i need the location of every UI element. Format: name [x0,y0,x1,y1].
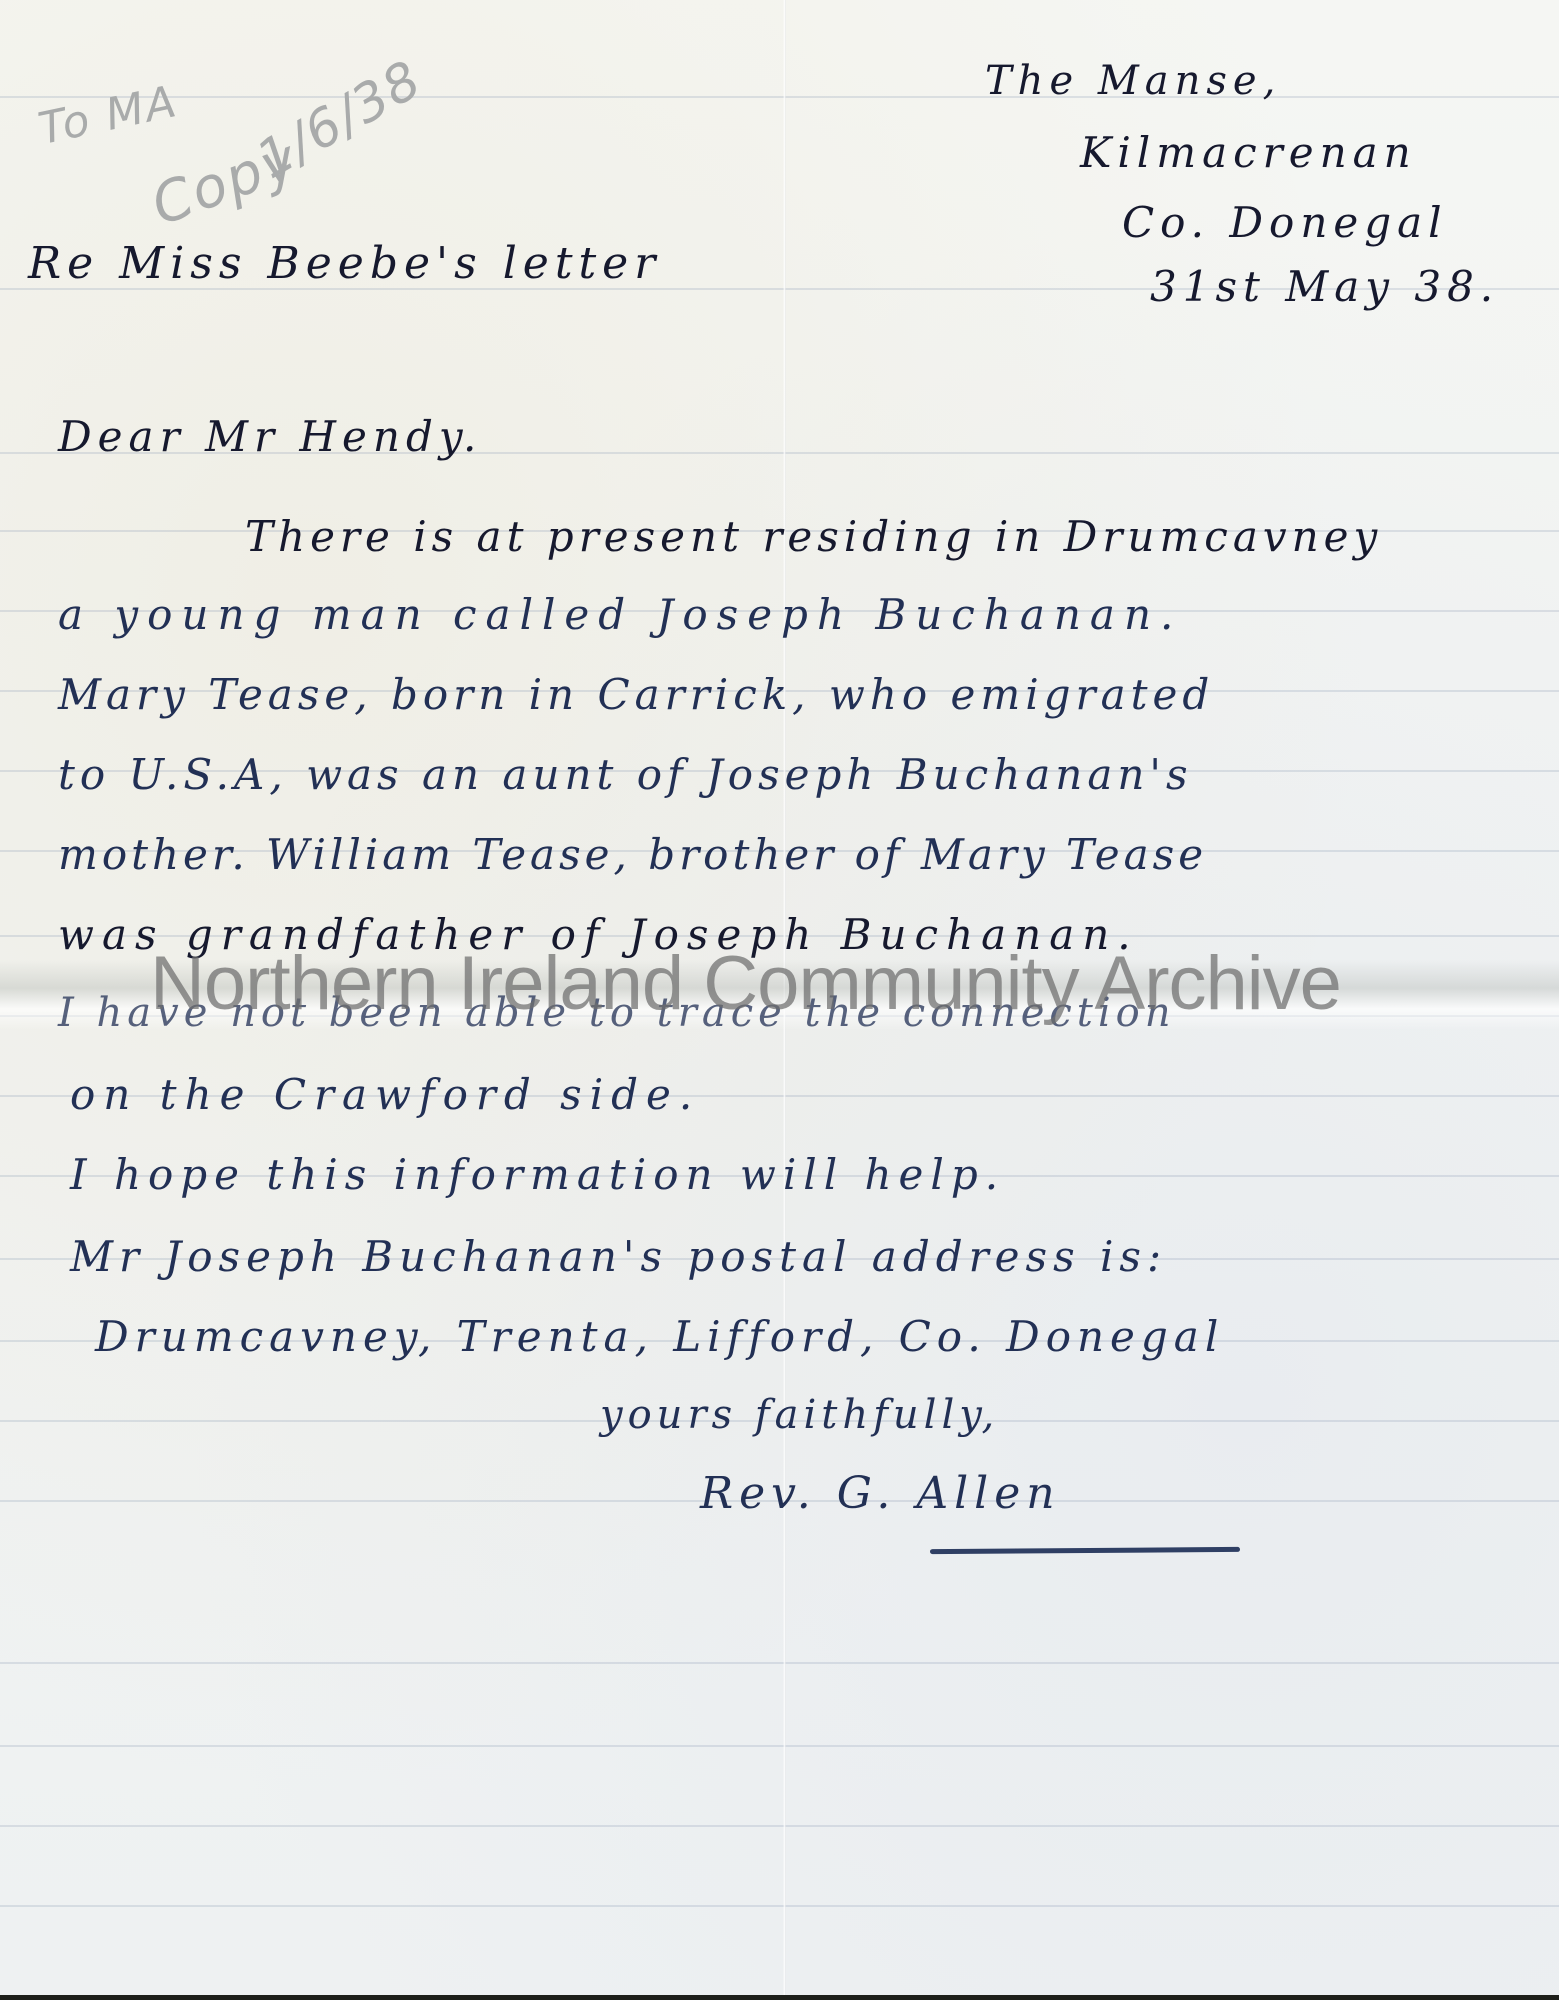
salutation: Dear Mr Hendy. [58,412,482,461]
body-line: a young man called Joseph Buchanan. [58,590,1182,639]
subject-line: Re Miss Beebe's letter [28,238,661,289]
scan-edge [0,1995,1559,2000]
signature-underline [930,1547,1240,1554]
address-line-1: The Manse, [985,58,1281,104]
letter-paper: To MA Copy 1/6/38 The Manse, Kilmacrenan… [0,0,1559,1995]
signature: Rev. G. Allen [700,1468,1061,1519]
body-line: mother. William Tease, brother of Mary T… [58,830,1207,879]
ruled-line [0,1905,1559,1907]
body-line: Mary Tease, born in Carrick, who emigrat… [58,670,1214,719]
ruled-line [0,1745,1559,1747]
address-line-3: Co. Donegal [1122,198,1448,247]
body-line: to U.S.A, was an aunt of Joseph Buchanan… [58,750,1193,799]
pencil-annotation-recipient: To MA [34,76,182,155]
body-line: I hope this information will help. [70,1150,1005,1199]
ruled-line [0,1825,1559,1827]
ruled-line [0,96,1559,98]
archive-watermark: Northern Ireland Community Archive [150,940,1341,1027]
body-line: Drumcavney, Trenta, Lifford, Co. Donegal [95,1312,1224,1361]
letter-date: 31st May 38. [1150,262,1499,311]
ruled-line [0,1662,1559,1664]
address-line-2: Kilmacrenan [1080,128,1417,177]
body-line: There is at present residing in Drumcavn… [245,512,1382,561]
closing: yours faithfully, [600,1392,999,1438]
body-line: Mr Joseph Buchanan's postal address is: [70,1232,1167,1281]
body-line: on the Crawford side. [70,1070,700,1119]
pencil-annotation-date: 1/6/38 [247,49,432,191]
